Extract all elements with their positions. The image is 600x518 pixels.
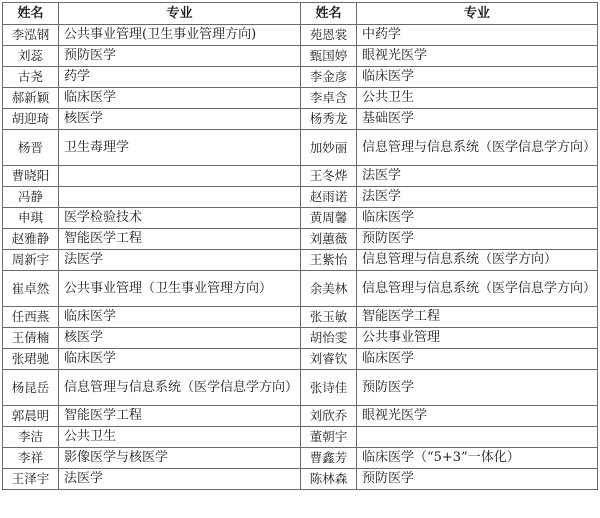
right-student-name-cell: 王冬烨 [301, 166, 357, 187]
left-major-cell: 信息管理与信息系统（医学信息学方向） [59, 370, 301, 406]
left-student-name-cell: 冯静 [3, 187, 59, 208]
left-student-name-cell: 崔卓然 [3, 271, 59, 307]
header-row: 姓名 专业 姓名 专业 [3, 3, 598, 25]
table-body: 李泓钢公共事业管理(卫生事业管理方向)苑恩裳中药学刘蕊预防医学甄国婷眼视光医学古… [3, 25, 598, 490]
left-student-name-cell: 刘蕊 [3, 46, 59, 67]
right-major-cell: 信息管理与信息系统（医学信息学方向） [357, 271, 598, 307]
left-major-cell: 智能医学工程 [59, 229, 301, 250]
left-student-name-cell: 李洁 [3, 427, 59, 448]
header-major-left: 专业 [59, 3, 301, 25]
left-major-cell: 临床医学 [59, 349, 301, 370]
table-row: 崔卓然公共事业管理（卫生事业管理方向）余美林信息管理与信息系统（医学信息学方向） [3, 271, 598, 307]
left-student-name-cell: 周新宇 [3, 250, 59, 271]
right-major-cell: 预防医学 [357, 229, 598, 250]
left-major-cell: 预防医学 [59, 46, 301, 67]
right-student-name-cell: 张玉敏 [301, 307, 357, 328]
right-student-name-cell: 黄周馨 [301, 208, 357, 229]
right-student-name-cell: 刘睿钦 [301, 349, 357, 370]
header-name-left: 姓名 [3, 3, 59, 25]
right-major-cell: 眼视光医学 [357, 46, 598, 67]
left-student-name-cell: 任西燕 [3, 307, 59, 328]
left-major-cell [59, 187, 301, 208]
right-major-cell: 基础医学 [357, 109, 598, 130]
left-major-cell: 药学 [59, 67, 301, 88]
left-student-name-cell: 胡迎琦 [3, 109, 59, 130]
table-row: 李泓钢公共事业管理(卫生事业管理方向)苑恩裳中药学 [3, 25, 598, 46]
right-major-cell: 临床医学 [357, 208, 598, 229]
table-row: 胡迎琦核医学杨秀龙基础医学 [3, 109, 598, 130]
right-major-cell: 信息管理与信息系统（医学方向） [357, 250, 598, 271]
right-major-cell: 法医学 [357, 187, 598, 208]
left-major-cell: 医学检验技术 [59, 208, 301, 229]
left-major-cell: 影像医学与核医学 [59, 448, 301, 469]
right-major-cell: 预防医学 [357, 370, 598, 406]
left-student-name-cell: 郭晨明 [3, 406, 59, 427]
right-major-cell: 公共卫生 [357, 88, 598, 109]
left-major-cell: 卫生毒理学 [59, 130, 301, 166]
table-row: 李祥影像医学与核医学曹鑫芳临床医学（“5+3”一体化） [3, 448, 598, 469]
right-major-cell: 信息管理与信息系统（医学信息学方向） [357, 130, 598, 166]
left-student-name-cell: 申琪 [3, 208, 59, 229]
left-student-name-cell: 李祥 [3, 448, 59, 469]
right-student-name-cell: 赵雨诺 [301, 187, 357, 208]
table-row: 张珺驰临床医学刘睿钦临床医学 [3, 349, 598, 370]
left-student-name-cell: 郝新颖 [3, 88, 59, 109]
right-major-cell: 眼视光医学 [357, 406, 598, 427]
header-name-right: 姓名 [301, 3, 357, 25]
right-student-name-cell: 余美林 [301, 271, 357, 307]
left-major-cell: 智能医学工程 [59, 406, 301, 427]
right-major-cell: 临床医学（“5+3”一体化） [357, 448, 598, 469]
table-row: 刘蕊预防医学甄国婷眼视光医学 [3, 46, 598, 67]
table-row: 周新宇法医学王紫怡信息管理与信息系统（医学方向） [3, 250, 598, 271]
right-major-cell: 临床医学 [357, 67, 598, 88]
right-student-name-cell: 董朝宇 [301, 427, 357, 448]
table-row: 赵雅静智能医学工程刘蕙薇预防医学 [3, 229, 598, 250]
right-student-name-cell: 曹鑫芳 [301, 448, 357, 469]
table-row: 杨昆岳信息管理与信息系统（医学信息学方向）张诗佳预防医学 [3, 370, 598, 406]
table-row: 郭晨明智能医学工程刘欣乔眼视光医学 [3, 406, 598, 427]
left-major-cell: 公共事业管理（卫生事业管理方向） [59, 271, 301, 307]
table-row: 任西燕临床医学张玉敏智能医学工程 [3, 307, 598, 328]
left-major-cell: 公共卫生 [59, 427, 301, 448]
left-major-cell: 法医学 [59, 469, 301, 490]
left-major-cell: 临床医学 [59, 307, 301, 328]
table-row: 杨晋卫生毒理学加妙丽信息管理与信息系统（医学信息学方向） [3, 130, 598, 166]
table-row: 曹晓阳王冬烨法医学 [3, 166, 598, 187]
left-major-cell: 核医学 [59, 109, 301, 130]
right-student-name-cell: 甄国婷 [301, 46, 357, 67]
table-row: 古尧药学李金彦临床医学 [3, 67, 598, 88]
left-student-name-cell: 王泽宇 [3, 469, 59, 490]
table-row: 李洁公共卫生董朝宇 [3, 427, 598, 448]
table-row: 王泽宇法医学陈林森预防医学 [3, 469, 598, 490]
table-row: 冯静赵雨诺法医学 [3, 187, 598, 208]
left-student-name-cell: 杨晋 [3, 130, 59, 166]
right-student-name-cell: 苑恩裳 [301, 25, 357, 46]
right-student-name-cell: 张诗佳 [301, 370, 357, 406]
left-student-name-cell: 王倩楠 [3, 328, 59, 349]
table-row: 王倩楠核医学胡怡雯公共事业管理 [3, 328, 598, 349]
left-student-name-cell: 曹晓阳 [3, 166, 59, 187]
right-student-name-cell: 刘蕙薇 [301, 229, 357, 250]
left-major-cell: 法医学 [59, 250, 301, 271]
right-student-name-cell: 李卓含 [301, 88, 357, 109]
right-student-name-cell: 加妙丽 [301, 130, 357, 166]
left-major-cell: 核医学 [59, 328, 301, 349]
left-student-name-cell: 古尧 [3, 67, 59, 88]
right-student-name-cell: 胡怡雯 [301, 328, 357, 349]
right-major-cell: 公共事业管理 [357, 328, 598, 349]
right-student-name-cell: 王紫怡 [301, 250, 357, 271]
right-major-cell: 预防医学 [357, 469, 598, 490]
left-major-cell: 临床医学 [59, 88, 301, 109]
table-row: 申琪医学检验技术黄周馨临床医学 [3, 208, 598, 229]
header-major-right: 专业 [357, 3, 598, 25]
right-major-cell: 临床医学 [357, 349, 598, 370]
right-student-name-cell: 杨秀龙 [301, 109, 357, 130]
student-major-table: 姓名 专业 姓名 专业 李泓钢公共事业管理(卫生事业管理方向)苑恩裳中药学刘蕊预… [2, 2, 598, 490]
right-major-cell: 智能医学工程 [357, 307, 598, 328]
right-student-name-cell: 刘欣乔 [301, 406, 357, 427]
left-student-name-cell: 李泓钢 [3, 25, 59, 46]
left-major-cell [59, 166, 301, 187]
left-student-name-cell: 杨昆岳 [3, 370, 59, 406]
right-major-cell: 中药学 [357, 25, 598, 46]
left-major-cell: 公共事业管理(卫生事业管理方向) [59, 25, 301, 46]
left-student-name-cell: 张珺驰 [3, 349, 59, 370]
right-student-name-cell: 陈林森 [301, 469, 357, 490]
table-row: 郝新颖临床医学李卓含公共卫生 [3, 88, 598, 109]
left-student-name-cell: 赵雅静 [3, 229, 59, 250]
right-major-cell [357, 427, 598, 448]
right-major-cell: 法医学 [357, 166, 598, 187]
right-student-name-cell: 李金彦 [301, 67, 357, 88]
